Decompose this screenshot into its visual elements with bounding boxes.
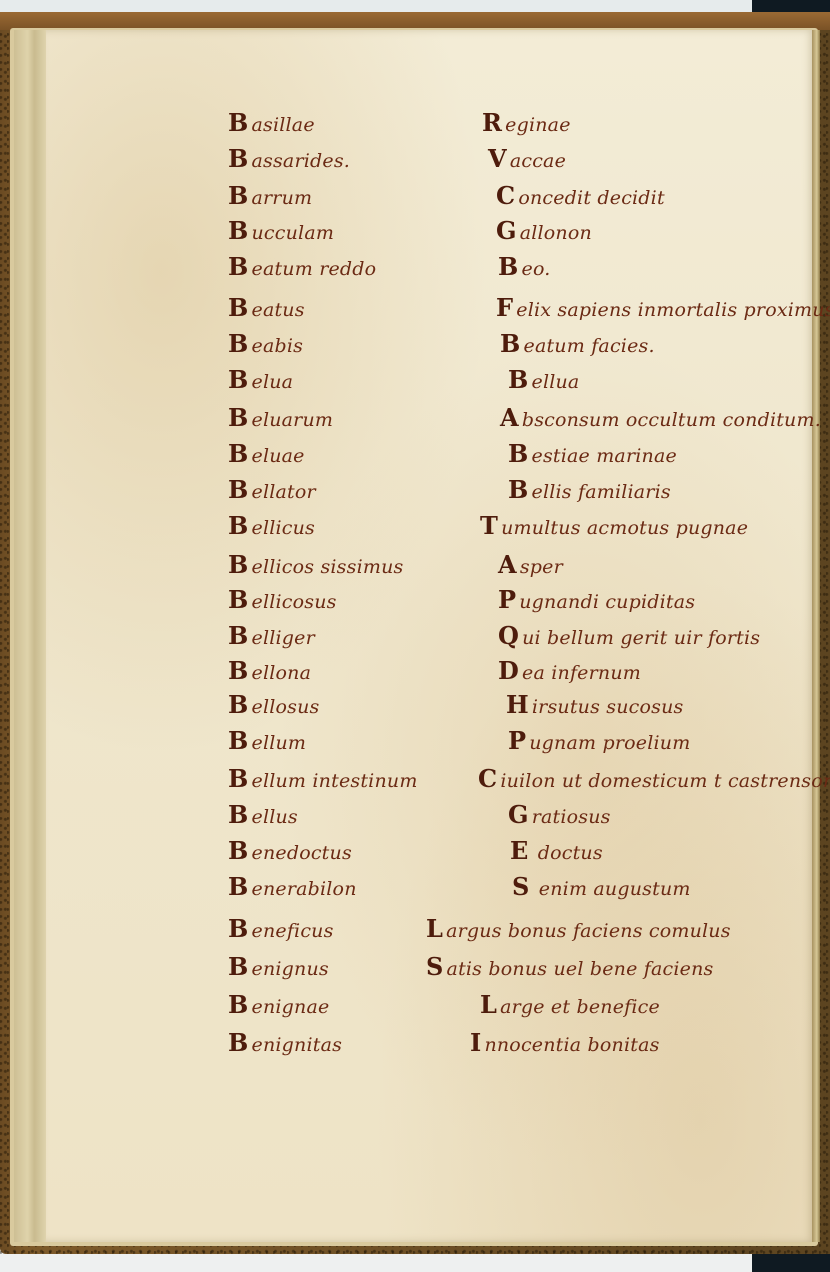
initial-letter: B [508, 365, 529, 394]
glossary-lemma: Benignitas [228, 1028, 342, 1057]
initial-letter: B [228, 656, 249, 685]
glossary-gloss: Beatum facies. [500, 329, 655, 358]
initial-letter: A [500, 403, 519, 432]
initial-letter: C [478, 764, 497, 793]
lemma-text: ellicosus [252, 591, 337, 613]
glossary-gloss: Pugnam proelium [508, 726, 690, 755]
initial-letter: A [498, 550, 517, 579]
initial-letter: G [496, 216, 517, 245]
initial-letter: B [508, 439, 529, 468]
gloss-text: ratiosus [532, 806, 611, 828]
glossary-lemma: Bellicus [228, 511, 315, 540]
initial-letter: C [496, 181, 515, 210]
lemma-text: enedoctus [252, 842, 352, 864]
lemma-text: ellator [252, 481, 316, 503]
lemma-text: eatum reddo [252, 258, 377, 280]
lemma-text: eatus [252, 299, 305, 321]
glossary-lemma: Benedoctus [228, 836, 352, 865]
gutter [14, 30, 48, 1242]
initial-letter: L [426, 914, 443, 943]
initial-letter: D [498, 656, 519, 685]
initial-letter: T [480, 511, 498, 540]
lemma-text: eneficus [252, 920, 334, 942]
glossary-gloss: S enim augustum [512, 872, 691, 901]
glossary-lemma: Bellona [228, 656, 311, 685]
glossary-lemma: Beluarum [228, 403, 333, 432]
initial-letter: B [228, 181, 249, 210]
glossary-gloss: Vaccae [488, 144, 566, 173]
glossary-gloss: Dea infernum [498, 656, 641, 685]
initial-letter: V [488, 144, 507, 173]
initial-letter: B [228, 550, 249, 579]
glossary-gloss: Bestiae marinae [508, 439, 677, 468]
gloss-text: eginae [505, 114, 571, 136]
lemma-text: eluarum [252, 409, 334, 431]
glossary-lemma: Barrum [228, 181, 312, 210]
glossary-lemma: Bellicosus [228, 585, 337, 614]
lemma-text: ellum intestinum [252, 770, 418, 792]
initial-letter: B [228, 872, 249, 901]
gloss-text: irsutus sucosus [532, 696, 684, 718]
initial-letter: B [500, 329, 521, 358]
lemma-text: ucculam [252, 222, 335, 244]
glossary-lemma: Benignus [228, 952, 329, 981]
gloss-text: eo. [522, 258, 551, 280]
initial-letter: E [510, 836, 529, 865]
gloss-text: iuilon ut domesticum t castrenson [500, 770, 830, 792]
gloss-text: nnocentia bonitas [484, 1034, 659, 1056]
glossary-lemma: Belliger [228, 621, 315, 650]
glossary-gloss: Tumultus acmotus pugnae [480, 511, 748, 540]
initial-letter: B [498, 252, 519, 281]
glossary-gloss: Pugnandi cupiditas [498, 585, 695, 614]
glossary-gloss: Bellua [508, 365, 579, 394]
gloss-text: eatum facies. [524, 335, 655, 357]
glossary-gloss: Asper [498, 550, 563, 579]
glossary-gloss: Large et benefice [480, 990, 660, 1019]
lemma-text: ellicus [252, 517, 316, 539]
initial-letter: B [228, 914, 249, 943]
background-bottom [0, 1252, 752, 1272]
initial-letter: S [512, 872, 530, 901]
initial-letter: B [228, 293, 249, 322]
initial-letter: B [228, 144, 249, 173]
initial-letter: B [228, 990, 249, 1019]
glossary-gloss: Absconsum occultum conditum. [500, 403, 821, 432]
lemma-text: arrum [252, 187, 313, 209]
glossary-gloss: Gratiosus [508, 800, 611, 829]
glossary-gloss: Qui bellum gerit uir fortis [498, 621, 760, 650]
glossary-lemma: Bellum intestinum [228, 764, 418, 793]
initial-letter: B [228, 108, 249, 137]
gloss-text: elix sapiens inmortalis proximus [516, 299, 830, 321]
gloss-text: estiae marinae [532, 445, 677, 467]
glossary-gloss: Gallonon [496, 216, 592, 245]
gloss-text: sper [520, 556, 563, 578]
initial-letter: B [228, 585, 249, 614]
lemma-text: ellum [252, 732, 307, 754]
gloss-text: bsconsum occultum conditum. [522, 409, 821, 431]
lemma-text: enignae [252, 996, 330, 1018]
initial-letter: B [228, 800, 249, 829]
gloss-text: arge et benefice [500, 996, 660, 1018]
initial-letter: B [228, 216, 249, 245]
initial-letter: B [228, 252, 249, 281]
gloss-text: umultus acmotus pugnae [501, 517, 748, 539]
initial-letter: Q [498, 621, 519, 650]
glossary-lemma: Benerabilon [228, 872, 357, 901]
initial-letter: B [228, 621, 249, 650]
lemma-text: elua [252, 371, 294, 393]
initial-letter: S [426, 952, 444, 981]
initial-letter: P [498, 585, 516, 614]
gloss-text: argus bonus faciens comulus [446, 920, 731, 942]
glossary-lemma: Bellum [228, 726, 306, 755]
glossary-gloss: Hirsutus sucosus [506, 690, 684, 719]
initial-letter: B [228, 403, 249, 432]
lemma-text: assarides. [252, 150, 351, 172]
initial-letter: B [228, 952, 249, 981]
lemma-text: eluae [252, 445, 305, 467]
lemma-text: asillae [252, 114, 315, 136]
glossary-lemma: Bellus [228, 800, 298, 829]
gloss-text: ugnandi cupiditas [519, 591, 695, 613]
glossary-lemma: Beatus [228, 293, 305, 322]
glossary-lemma: Bassarides. [228, 144, 350, 173]
glossary-lemma: Bellicos sissimus [228, 550, 403, 579]
lemma-text: enerabilon [252, 878, 357, 900]
initial-letter: B [228, 690, 249, 719]
glossary-gloss: Ciuilon ut domesticum t castrenson [478, 764, 830, 793]
gloss-text: ea infernum [522, 662, 641, 684]
initial-letter: L [480, 990, 497, 1019]
lemma-text: enignitas [252, 1034, 343, 1056]
lemma-text: enignus [252, 958, 329, 980]
gloss-text: oncedit decidit [518, 187, 664, 209]
lemma-text: ellona [252, 662, 312, 684]
lemma-text: elliger [252, 627, 315, 649]
gloss-text: ellua [532, 371, 580, 393]
gloss-text: doctus [532, 842, 603, 864]
glossary-lemma: Benignae [228, 990, 329, 1019]
glossary-gloss: E doctus [510, 836, 603, 865]
glossary-lemma: Beatum reddo [228, 252, 376, 281]
initial-letter: B [228, 836, 249, 865]
page-fore-edge [812, 30, 820, 1242]
glossary-lemma: Basillae [228, 108, 315, 137]
glossary-lemma: Bellator [228, 475, 316, 504]
gloss-text: ugnam proelium [529, 732, 690, 754]
initial-letter: B [228, 439, 249, 468]
initial-letter: B [228, 764, 249, 793]
gloss-text: atis bonus uel bene faciens [447, 958, 714, 980]
glossary-lemma: Beneficus [228, 914, 334, 943]
gloss-text: ui bellum gerit uir fortis [522, 627, 760, 649]
glossary-gloss: Reginae [482, 108, 571, 137]
initial-letter: B [228, 475, 249, 504]
glossary-gloss: Satis bonus uel bene faciens [426, 952, 713, 981]
initial-letter: B [228, 511, 249, 540]
initial-letter: I [470, 1028, 481, 1057]
gloss-text: enim augustum [533, 878, 691, 900]
initial-letter: H [506, 690, 529, 719]
initial-letter: B [228, 1028, 249, 1057]
glossary-gloss: Beo. [498, 252, 551, 281]
gloss-text: ellis familiaris [532, 481, 671, 503]
initial-letter: B [228, 365, 249, 394]
lemma-text: ellus [252, 806, 298, 828]
initial-letter: R [482, 108, 502, 137]
initial-letter: G [508, 800, 529, 829]
glossary-gloss: Felix sapiens inmortalis proximus [496, 293, 830, 322]
glossary-gloss: Innocentia bonitas [470, 1028, 660, 1057]
lemma-text: ellicos sissimus [252, 556, 404, 578]
lemma-text: eabis [252, 335, 304, 357]
initial-letter: B [228, 726, 249, 755]
glossary-gloss: Largus bonus faciens comulus [426, 914, 731, 943]
glossary-lemma: Beabis [228, 329, 303, 358]
glossary-gloss: Bellis familiaris [508, 475, 671, 504]
initial-letter: F [496, 293, 513, 322]
glossary-lemma: Bellosus [228, 690, 319, 719]
glossary-lemma: Belua [228, 365, 293, 394]
glossary-lemma: Beluae [228, 439, 305, 468]
initial-letter: B [508, 475, 529, 504]
initial-letter: P [508, 726, 526, 755]
lemma-text: ellosus [252, 696, 320, 718]
glossary-gloss: Concedit decidit [496, 181, 665, 210]
initial-letter: B [228, 329, 249, 358]
glossary-lemma: Bucculam [228, 216, 334, 245]
gloss-text: accae [510, 150, 566, 172]
gloss-text: allonon [520, 222, 592, 244]
